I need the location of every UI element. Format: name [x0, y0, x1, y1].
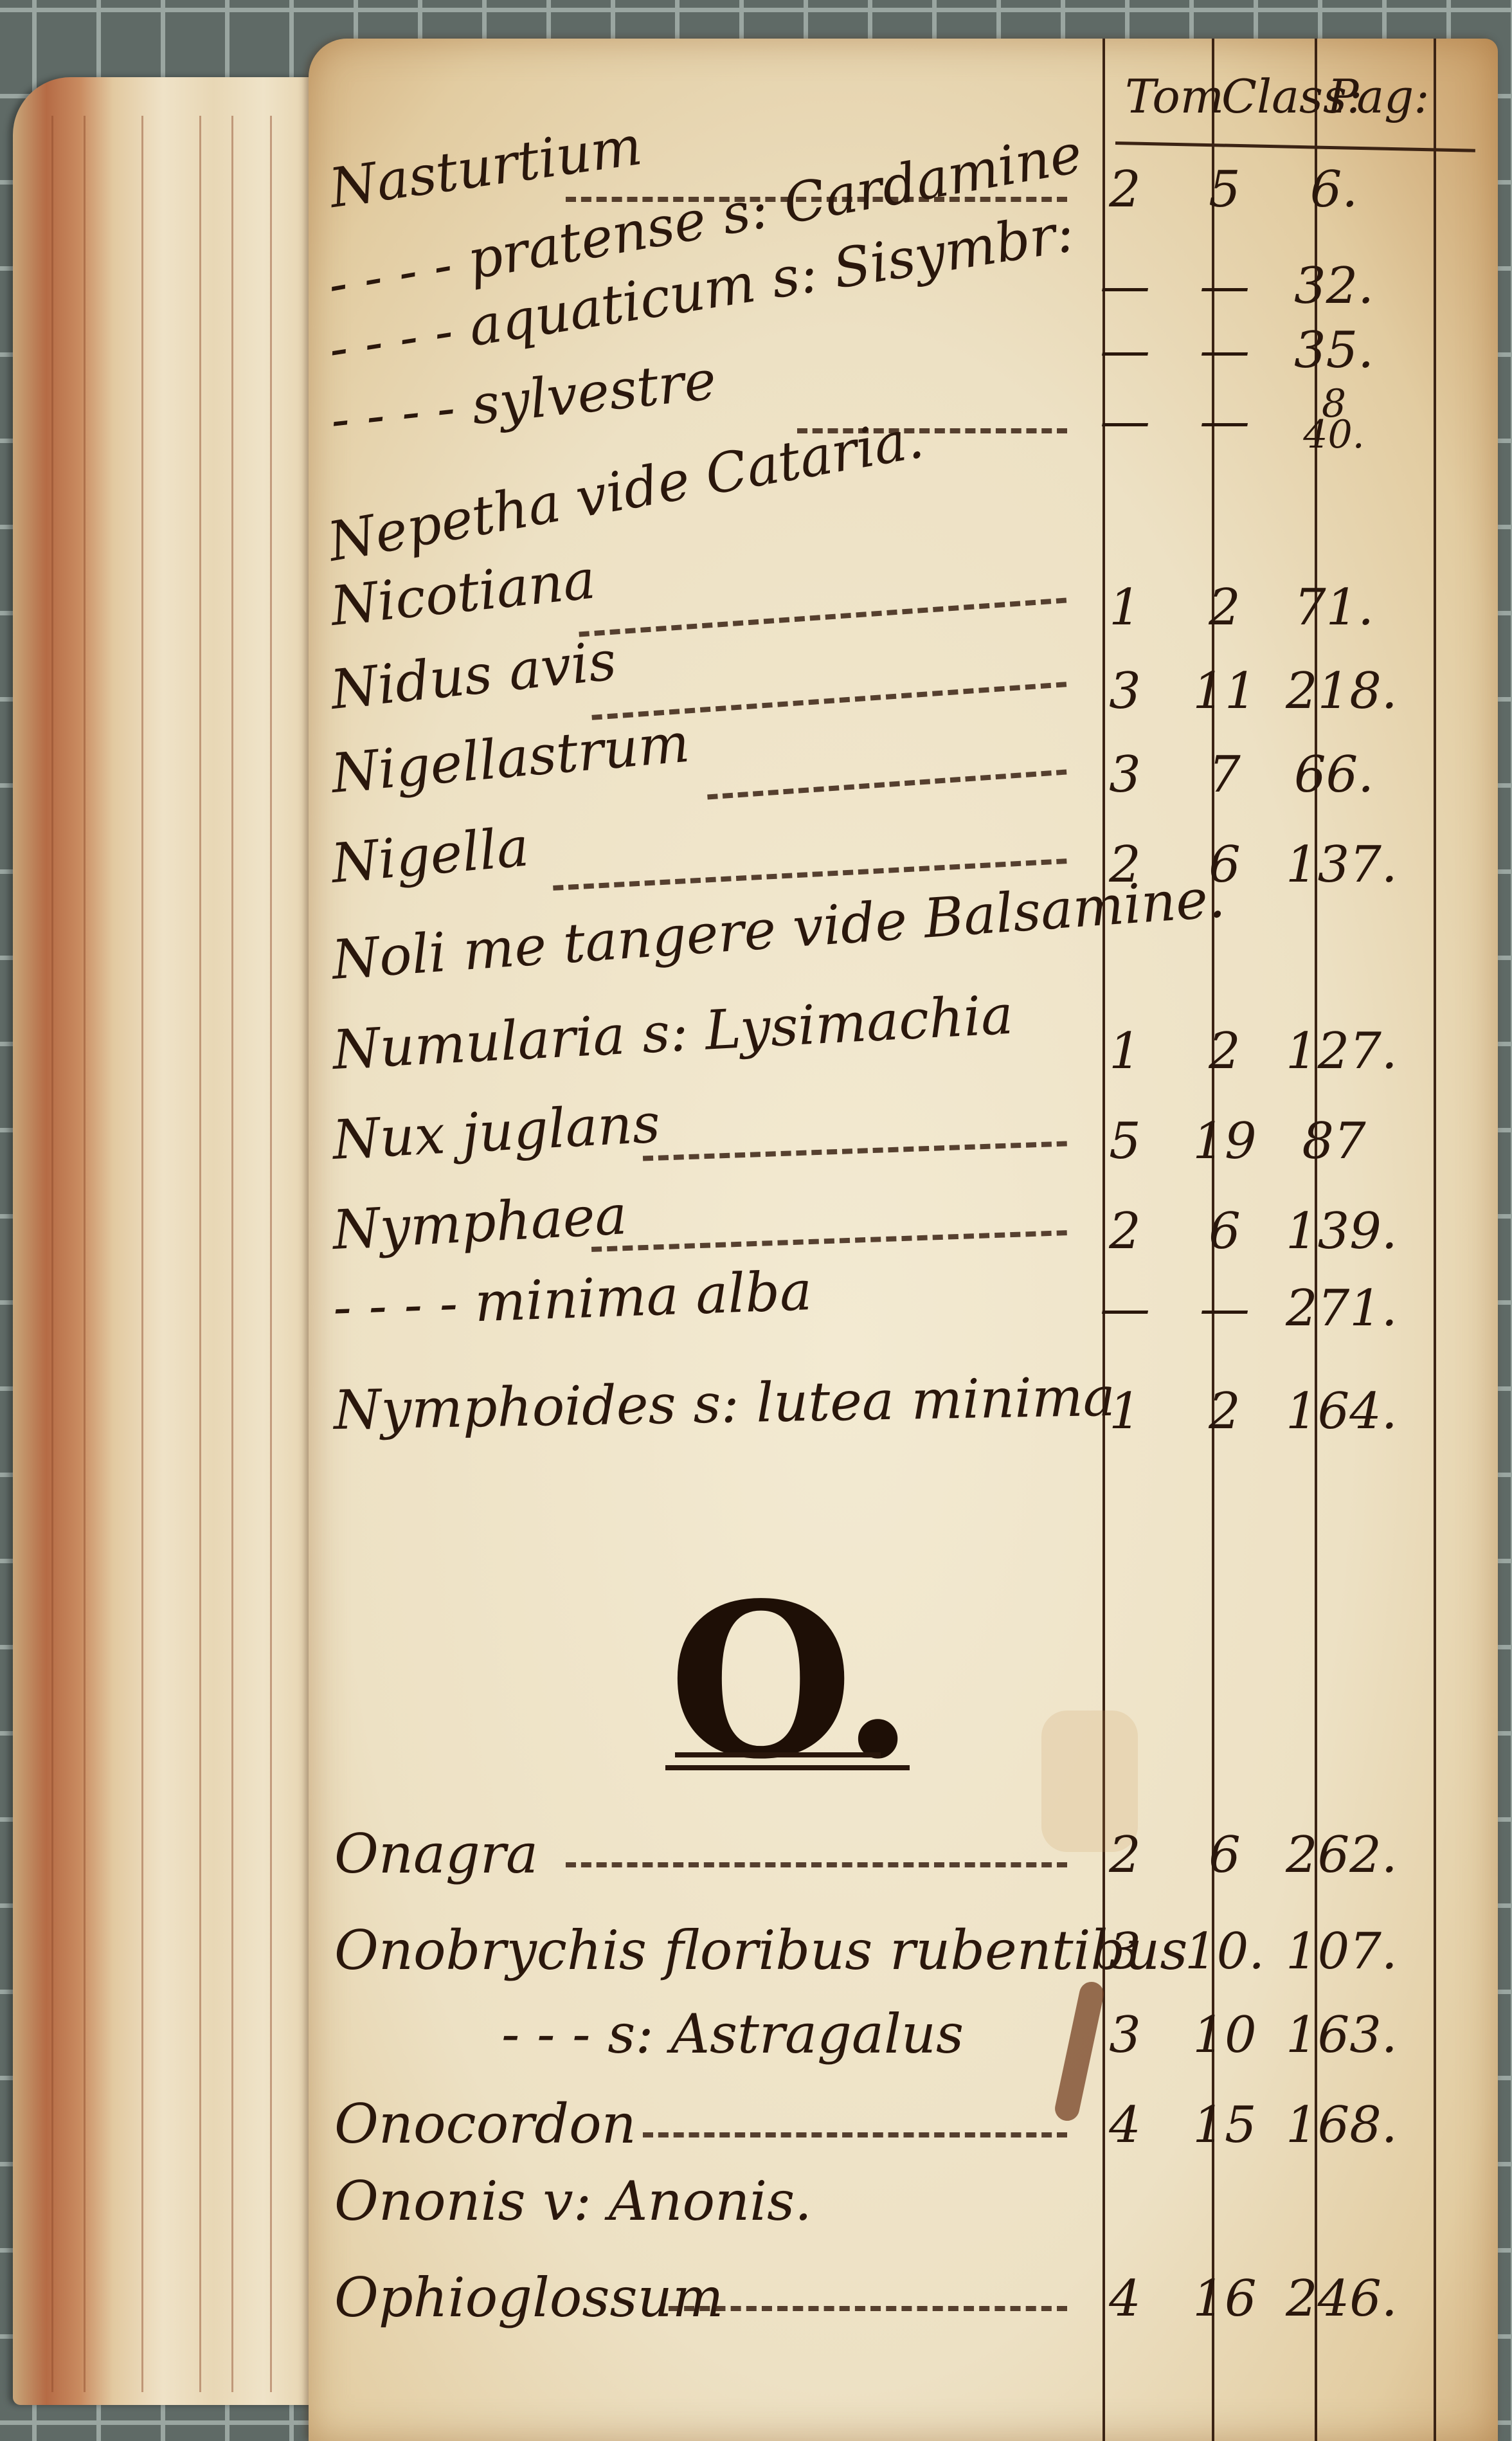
entry-tom: — [1077, 392, 1173, 450]
entry-class: 10 [1176, 2006, 1273, 2064]
entry-pag: 127. [1286, 1022, 1382, 1080]
entry-pag: 32. [1286, 257, 1382, 315]
entry-tom: — [1077, 257, 1173, 315]
index-entry-crossref: Noli me tangere vide Balsamine. [309, 926, 1485, 997]
entry-class: 6 [1176, 1202, 1273, 1260]
column-header-pag: Pag: [1327, 69, 1429, 123]
index-entry: - - - s: Astragalus 3 10 163. [309, 2000, 1485, 2071]
entry-tom: 2 [1077, 1826, 1173, 1884]
entry-class: 6 [1176, 1826, 1273, 1884]
entry-class: — [1176, 257, 1273, 315]
entry-pag: 66. [1286, 746, 1382, 804]
entry-class: 7 [1176, 746, 1273, 804]
entry-tom: 4 [1077, 2270, 1173, 2328]
entry-class: 2 [1176, 1022, 1273, 1080]
page-edge-line [141, 116, 143, 2392]
entry-pag-bottom: 40. [1303, 412, 1364, 457]
entry-tom: 1 [1077, 579, 1173, 637]
manuscript-page: Tom Class: Pag: Nasturtium 2 5 6. - - - … [309, 39, 1498, 2441]
index-entry: Nymphaea 2 6 139. [309, 1196, 1485, 1267]
entry-tom: 3 [1077, 746, 1173, 804]
entry-pag: 35. [1286, 322, 1382, 379]
column-header-tom: Tom [1125, 69, 1224, 123]
index-entry: Nux juglans 5 19 87 [309, 1106, 1485, 1177]
entry-pag: 107. [1286, 1923, 1382, 1981]
entry-tom: 2 [1077, 1202, 1173, 1260]
entry-class: 10. [1176, 1923, 1273, 1981]
entry-pag: 271. [1286, 1280, 1382, 1338]
entry-pag: 8 40. [1286, 388, 1382, 450]
leader-dashes [566, 1862, 1067, 1871]
entry-name: Nymphoides s: lutea minima [333, 1365, 1115, 1442]
index-entry: - - - - minima alba — — 271. [309, 1273, 1485, 1344]
entry-name: - - - - minima alba [332, 1259, 813, 1339]
section-letter-underline [675, 1752, 881, 1757]
leader-dashes [643, 1141, 1067, 1165]
book-page-stack [13, 77, 347, 2405]
entry-tom: — [1077, 1280, 1173, 1338]
page-edge-line [231, 116, 233, 2392]
entry-name: Nymphaea [331, 1183, 629, 1262]
entry-class: 16 [1176, 2270, 1273, 2328]
leader-dashes [579, 598, 1066, 641]
index-entry: Nicotiana 1 2 71. [309, 572, 1485, 643]
entry-tom: 4 [1077, 2096, 1173, 2154]
leader-dashes [591, 1230, 1067, 1256]
entry-name: Ophioglossum [334, 2266, 723, 2329]
leader-dashes [669, 2306, 1067, 2315]
entry-pag: 71. [1286, 579, 1382, 637]
page-edge-line [51, 116, 53, 2392]
entry-tom: 2 [1077, 161, 1173, 219]
entry-class: — [1176, 392, 1273, 450]
page-edge-line [270, 116, 272, 2392]
entry-pag: 163. [1286, 2006, 1382, 2064]
index-entry: Ophioglossum 4 16 246. [309, 2264, 1485, 2334]
entry-pag: 218. [1286, 662, 1382, 720]
page-edge-line [199, 116, 201, 2392]
entry-class: 11 [1176, 662, 1273, 720]
entry-class: 2 [1176, 579, 1273, 637]
entry-pag: 139. [1286, 1202, 1382, 1260]
entry-tom: 1 [1077, 1383, 1173, 1440]
entry-name: Onagra [334, 1822, 538, 1885]
leader-dashes [707, 769, 1067, 803]
entry-pag: 6. [1286, 161, 1382, 219]
entry-class: — [1176, 1280, 1273, 1338]
entry-class: 15 [1176, 2096, 1273, 2154]
entry-tom: 3 [1077, 662, 1173, 720]
index-entry: Onobrychis floribus rubentibus 3 10. 107… [309, 1916, 1485, 1987]
entry-pag: 168. [1286, 2096, 1382, 2154]
entry-name: Onobrychis floribus rubentibus [334, 1919, 1187, 1982]
entry-name: Nux juglans [331, 1091, 661, 1172]
entry-class: 5 [1176, 161, 1273, 219]
entry-name: Onocordon [334, 2092, 636, 2155]
entry-pag: 87 [1286, 1112, 1382, 1170]
index-entry: Nymphoides s: lutea minima 1 2 164. [309, 1376, 1485, 1447]
header-rule [1115, 141, 1475, 152]
page-edge-line [84, 116, 85, 2392]
entry-pag: 137. [1286, 836, 1382, 894]
index-entry: Onocordon 4 15 168. [309, 2090, 1485, 2161]
entry-pag: 262. [1286, 1826, 1382, 1884]
entry-tom: 1 [1077, 1022, 1173, 1080]
entry-class: 19 [1176, 1112, 1273, 1170]
section-letter-underline [665, 1765, 910, 1770]
entry-class: — [1176, 322, 1273, 379]
index-entry: Nigellastrum 3 7 66. [309, 740, 1485, 810]
entry-class: 2 [1176, 1383, 1273, 1440]
entry-pag: 164. [1286, 1383, 1382, 1440]
entry-tom: 5 [1077, 1112, 1173, 1170]
entry-tom: 3 [1077, 1923, 1173, 1981]
entry-name: Nigella [328, 815, 531, 895]
index-entry-crossref: Ononis v: Anonis. [309, 2167, 1485, 2238]
entry-name: - - - s: Astragalus [501, 2002, 964, 2065]
entry-tom: — [1077, 322, 1173, 379]
index-entry: Nidus avis 3 11 218. [309, 656, 1485, 727]
entry-name: Numularia s: Lysimachia [331, 983, 1014, 1082]
index-entry: Numularia s: Lysimachia 1 2 127. [309, 1016, 1485, 1087]
leader-dashes [643, 2132, 1067, 2141]
entry-pag: 246. [1286, 2270, 1382, 2328]
entry-name: Ononis v: Anonis. [334, 2170, 812, 2233]
index-entry: Onagra 2 6 262. [309, 1820, 1485, 1891]
